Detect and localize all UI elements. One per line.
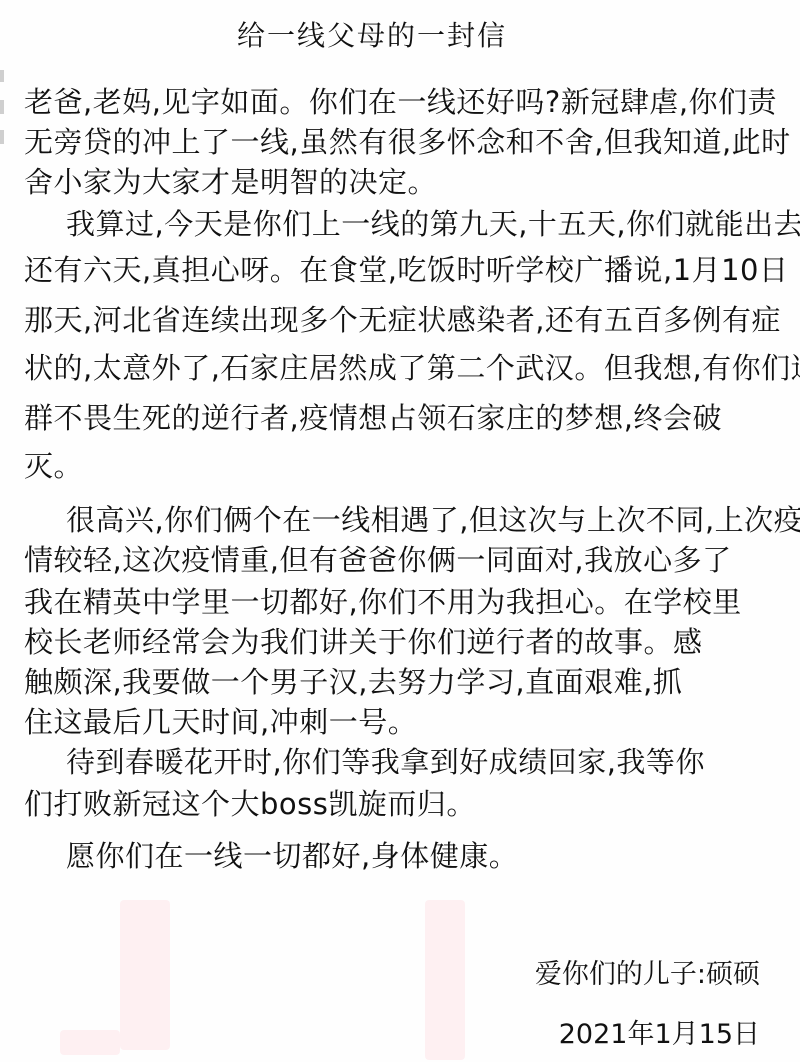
letter-line: 愿你们在一线一切都好,身体健康。 (66, 836, 518, 876)
letter-line: 无旁贷的冲上了一线,虽然有很多怀念和不舍,但我知道,此时 (24, 122, 791, 162)
signature-sign-off: 爱你们的儿子:硕硕 (535, 952, 760, 991)
paper-stain (120, 900, 170, 1050)
letter-line: 情较轻,这次疫情重,但有爸爸你俩一同面对,我放心多了 (24, 540, 732, 580)
letter-line: 住这最后几天时间,冲刺一号。 (24, 702, 417, 742)
letter-line: 触颇深,我要做一个男子汉,去努力学习,直面艰难,抓 (24, 662, 682, 702)
edge-mark (0, 100, 4, 114)
letter-line: 校长老师经常会为我们讲关于你们逆行者的故事。感 (24, 622, 703, 662)
letter-line: 灭。 (24, 446, 83, 486)
edge-mark (0, 70, 4, 82)
paper-stain (60, 1030, 120, 1055)
letter-line: 状的,太意外了,石家庄居然成了第二个武汉。但我想,有你们这 (24, 348, 800, 388)
letter-line: 群不畏生死的逆行者,疫情想占领石家庄的梦想,终会破 (24, 398, 722, 438)
letter-line: 那天,河北省连续出现多个无症状感染者,还有五百多例有症 (24, 300, 781, 340)
letter-line: 还有六天,真担心呀。在食堂,吃饭时听学校广播说,1月10日 (24, 250, 789, 290)
letter-line: 们打败新冠这个大boss凯旋而归。 (24, 784, 476, 824)
paper-stain (425, 900, 465, 1060)
signature-date: 2021年1月15日 (559, 1012, 760, 1051)
letter-line: 我在精英中学里一切都好,你们不用为我担心。在学校里 (24, 582, 742, 622)
letter-line: 很高兴,你们俩个在一线相遇了,但这次与上次不同,上次疫 (66, 500, 800, 540)
letter-line: 待到春暖花开时,你们等我拿到好成绩回家,我等你 (66, 742, 705, 782)
letter-line: 我算过,今天是你们上一线的第九天,十五天,你们就能出去了 (66, 204, 800, 244)
letter-line: 舍小家为大家才是明智的决定。 (24, 162, 437, 202)
letter-paper: 给一线父母的一封信 老爸,老妈,见字如面。你们在一线还好吗?新冠肆虐,你们责 无… (0, 0, 800, 1062)
edge-mark (0, 130, 4, 144)
letter-title: 给一线父母的一封信 (0, 14, 772, 54)
letter-line: 老爸,老妈,见字如面。你们在一线还好吗?新冠肆虐,你们责 (24, 82, 777, 122)
